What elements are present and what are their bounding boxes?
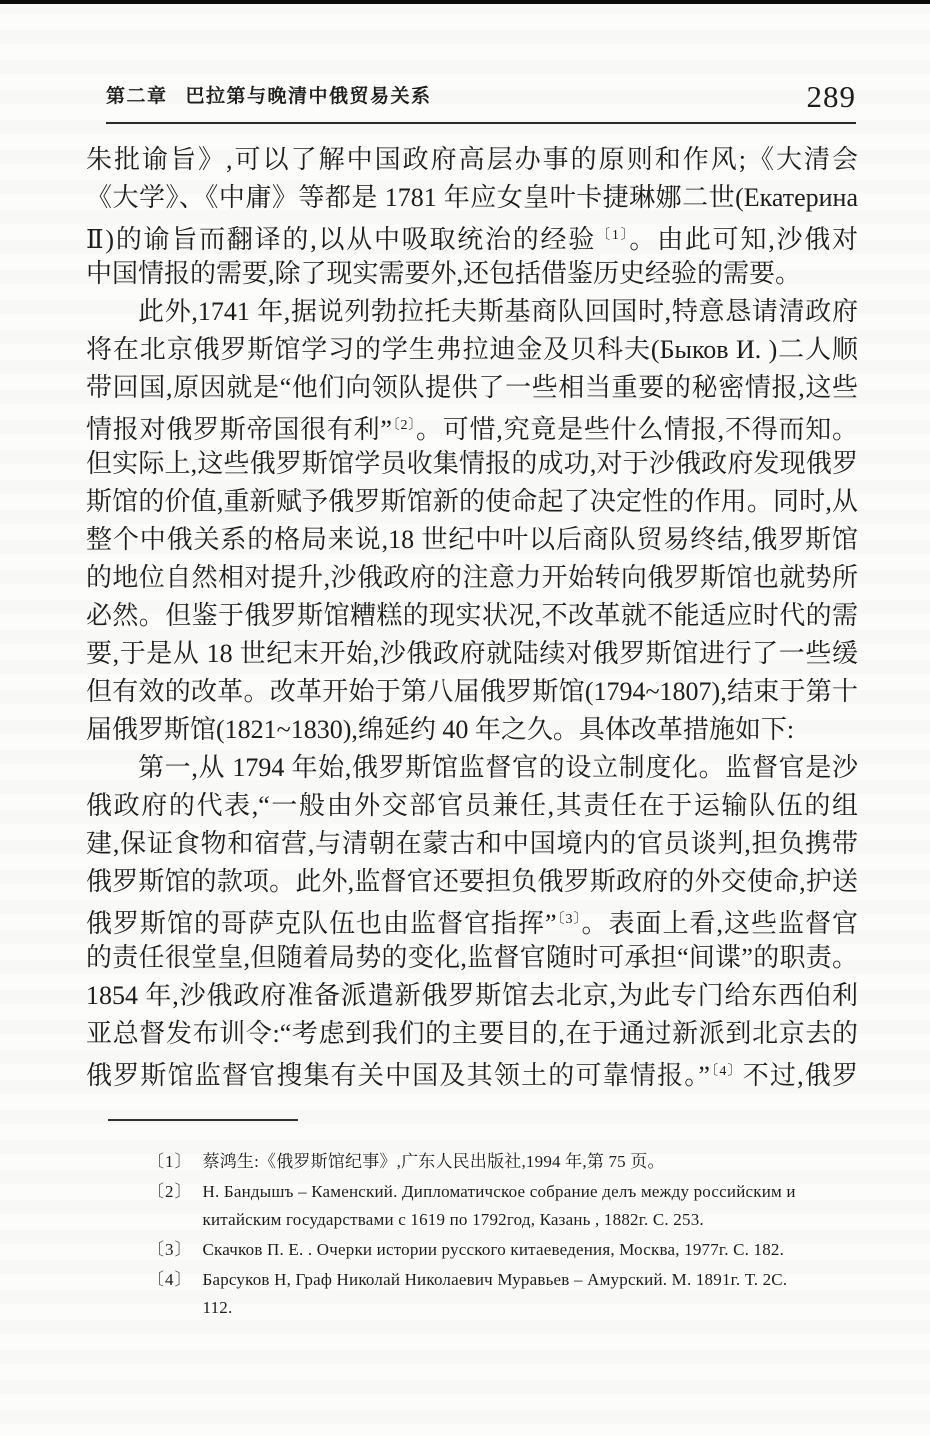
footnote-line: Н. Бандышъ – Каменский. Дипломатичское с… xyxy=(203,1178,854,1206)
footnote-line: 112. xyxy=(203,1294,854,1322)
footnote-text: Барсуков Н, Граф Николай Николаевич Мура… xyxy=(203,1266,854,1322)
body-line: 1854 年,沙俄政府准备派遣新俄罗斯馆去北京,为此专门给东西伯利 xyxy=(86,977,858,1015)
footnote-item: 〔1〕蔡鸿生:《俄罗斯馆纪事》,广东人民出版社,1994 年,第 75 页。 xyxy=(147,1148,853,1176)
footnote-line: 蔡鸿生:《俄罗斯馆纪事》,广东人民出版社,1994 年,第 75 页。 xyxy=(203,1148,854,1176)
body-line: 整个中俄关系的格局来说,18 世纪中叶以后商队贸易终结,俄罗斯馆 xyxy=(86,521,858,559)
body-line: 建,保证食物和宿营,与清朝在蒙古和中国境内的官员谈判,担负携带 xyxy=(86,825,858,863)
body-line: 《大学》、《中庸》等都是 1781 年应女皇叶卡捷琳娜二世(Екатерина xyxy=(86,179,858,217)
body-line: 情报对俄罗斯帝国很有利”〔2〕。可惜,究竟是些什么情报,不得而知。 xyxy=(86,407,858,445)
footnote-divider xyxy=(108,1119,298,1121)
footnotes: 〔1〕蔡鸿生:《俄罗斯馆纪事》,广东人民出版社,1994 年,第 75 页。〔2… xyxy=(147,1148,853,1324)
footnote-marker: 〔4〕 xyxy=(147,1266,193,1322)
body-line: 将在北京俄罗斯馆学习的学生弗拉迪金及贝科夫(Быков И. )二人顺 xyxy=(86,331,858,369)
footnote-ref: 〔1〕 xyxy=(596,228,629,243)
body-line: 届俄罗斯馆(1821~1830),绵延约 40 年之久。具体改革措施如下: xyxy=(86,711,858,749)
body-line: 俄罗斯馆的款项。此外,监督官还要担负俄罗斯政府的外交使命,护送 xyxy=(86,863,858,901)
header-rule xyxy=(106,122,856,124)
footnote-marker: 〔1〕 xyxy=(147,1148,193,1176)
body-text: 朱批谕旨》,可以了解中国政府高层办事的原则和作风;《大清会典》、《大学》、《中庸… xyxy=(86,141,858,1091)
body-line: 但有效的改革。改革开始于第八届俄罗斯馆(1794~1807),结束于第十 xyxy=(86,673,858,711)
footnote-ref: 〔3〕 xyxy=(557,912,582,927)
body-line: 必然。但鉴于俄罗斯馆糟糕的现实状况,不改革就不能适应时代的需 xyxy=(86,597,858,635)
scan-edge-artifact xyxy=(0,0,930,4)
scanned-book-page: { "colors": { "ink": "#1d1d1d", "paper":… xyxy=(0,0,930,1436)
footnote-item: 〔2〕Н. Бандышъ – Каменский. Дипломатичско… xyxy=(147,1178,853,1234)
body-line: 亚总督发布训令:“考虑到我们的主要目的,在于通过新派到北京去的 xyxy=(86,1015,858,1053)
footnote-line: Барсуков Н, Граф Николай Николаевич Мура… xyxy=(203,1266,854,1294)
body-line: 要,于是从 18 世纪末开始,沙俄政府就陆续对俄罗斯馆进行了一些缓慢 xyxy=(86,635,858,673)
body-line: 朱批谕旨》,可以了解中国政府高层办事的原则和作风;《大清会典》、 xyxy=(86,141,858,179)
footnote-ref: 〔2〕 xyxy=(392,418,416,433)
footnote-item: 〔3〕Скачков П. Е. . Очерки истории русско… xyxy=(147,1236,853,1264)
body-line: 俄罗斯馆的哥萨克队伍也由监督官指挥”〔3〕。表面上看,这些监督官 xyxy=(86,901,858,939)
footnote-text: Н. Бандышъ – Каменский. Дипломатичское с… xyxy=(203,1178,854,1234)
footnote-text: 蔡鸿生:《俄罗斯馆纪事》,广东人民出版社,1994 年,第 75 页。 xyxy=(203,1148,854,1176)
footnote-text: Скачков П. Е. . Очерки истории русского … xyxy=(203,1236,854,1264)
footnote-marker: 〔3〕 xyxy=(147,1236,193,1264)
body-line: 俄政府的代表,“一般由外交部官员兼任,其责任在于运输队伍的组 xyxy=(86,787,858,825)
body-line: 的地位自然相对提升,沙俄政府的注意力开始转向俄罗斯馆也就势所 xyxy=(86,559,858,597)
footnote-ref: 〔4〕 xyxy=(710,1064,743,1079)
body-line: 的责任很堂皇,但随着局势的变化,监督官随时可承担“间谍”的职责。 xyxy=(86,939,858,977)
footnote-item: 〔4〕Барсуков Н, Граф Николай Николаевич М… xyxy=(147,1266,853,1322)
body-line: 此外,1741 年,据说列勃拉托夫斯基商队回国时,特意恳请清政府 xyxy=(86,293,858,331)
body-line: 但实际上,这些俄罗斯馆学员收集情报的成功,对于沙俄政府发现俄罗 xyxy=(86,445,858,483)
body-line: 俄罗斯馆监督官搜集有关中国及其领土的可靠情报。”〔4〕不过,俄罗 xyxy=(86,1053,858,1091)
body-line: Ⅱ)的谕旨而翻译的,以从中吸取统治的经验〔1〕。由此可知,沙俄对 xyxy=(86,217,858,255)
footnote-line: Скачков П. Е. . Очерки истории русского … xyxy=(203,1236,854,1264)
page-number: 289 xyxy=(807,82,857,112)
chapter-title: 巴拉第与晚清中俄贸易关系 xyxy=(186,85,432,109)
body-line: 中国情报的需要,除了现实需要外,还包括借鉴历史经验的需要。 xyxy=(86,255,858,293)
body-line: 带回国,原因就是“他们向领队提供了一些相当重要的秘密情报,这些 xyxy=(86,369,858,407)
chapter-number: 第二章 xyxy=(106,85,168,109)
footnote-line: китайским государствами с 1619 по 1792го… xyxy=(203,1206,854,1234)
chapter-heading: 第二章 巴拉第与晚清中俄贸易关系 xyxy=(106,85,432,112)
running-header: 第二章 巴拉第与晚清中俄贸易关系 289 xyxy=(106,82,856,112)
footnote-marker: 〔2〕 xyxy=(147,1178,193,1234)
body-line: 斯馆的价值,重新赋予俄罗斯馆新的使命起了决定性的作用。同时,从 xyxy=(86,483,858,521)
body-line: 第一,从 1794 年始,俄罗斯馆监督官的设立制度化。监督官是沙 xyxy=(86,749,858,787)
